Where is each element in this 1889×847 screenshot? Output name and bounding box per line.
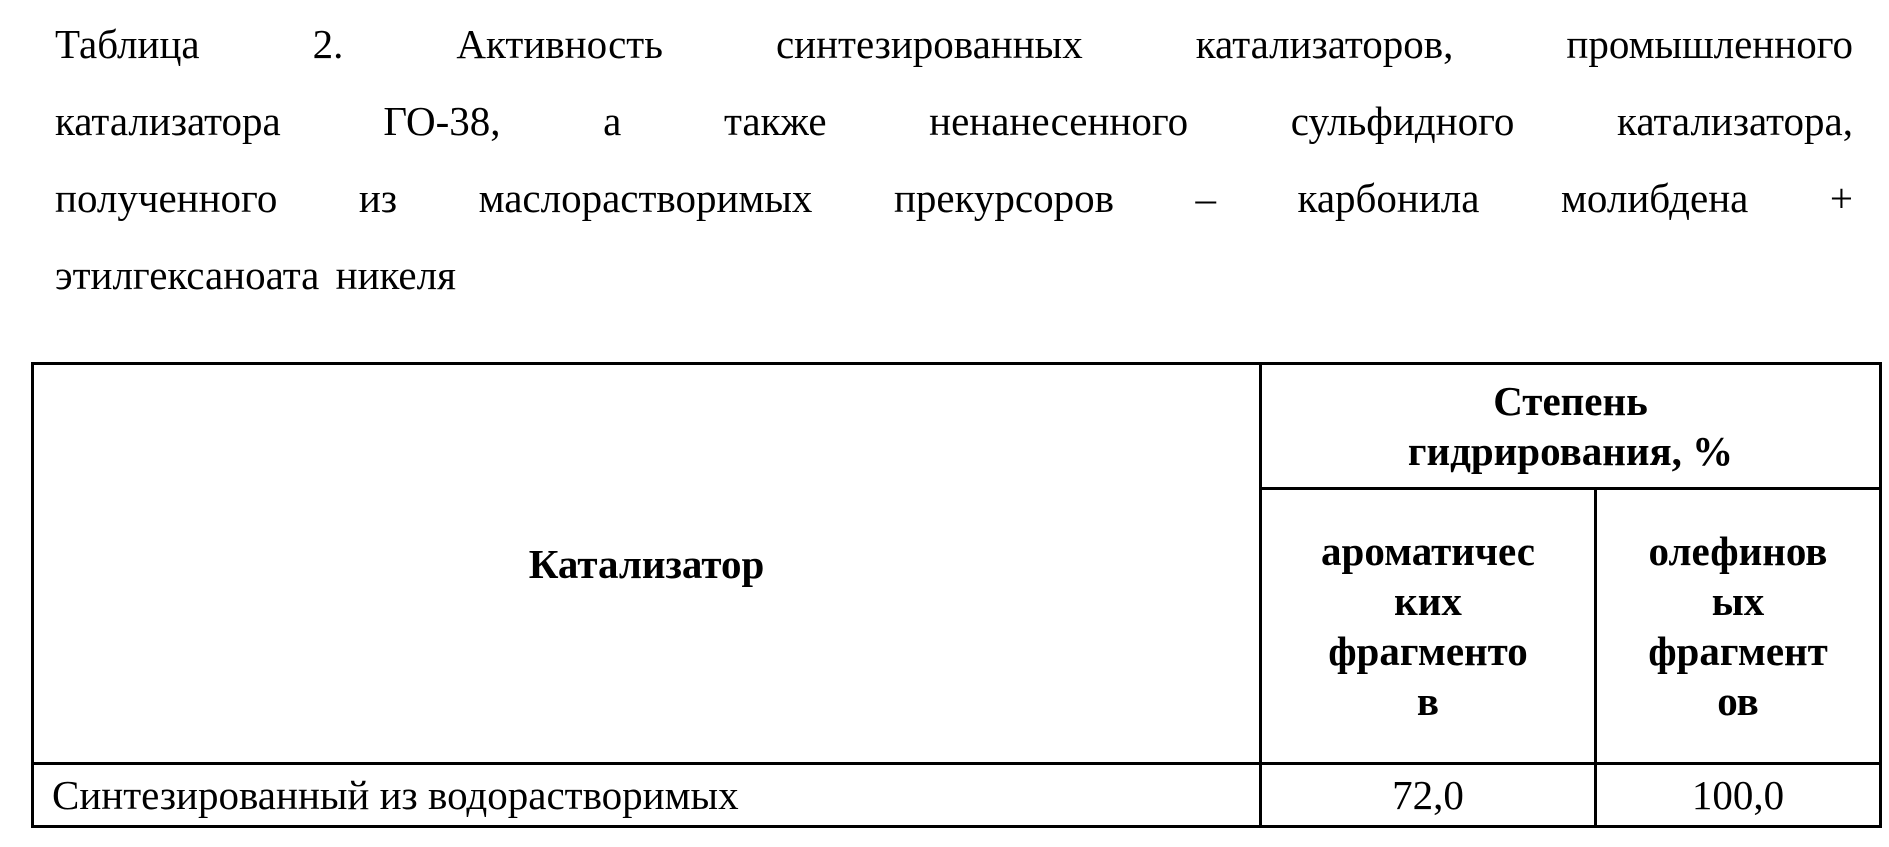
header-group-line: гидрирования, % bbox=[1262, 426, 1879, 476]
header-catalyst: Катализатор bbox=[33, 364, 1261, 764]
cell-olefin: 100,0 bbox=[1596, 764, 1881, 827]
header-olefin-line: фрагмент bbox=[1597, 626, 1879, 676]
table-caption: Таблица 2. Активность синтезированных ка… bbox=[55, 6, 1853, 314]
caption-line: Таблица 2. Активность синтезированных ка… bbox=[55, 6, 1853, 83]
caption-line: катализатора ГО-38, а также ненанесенног… bbox=[55, 83, 1853, 160]
header-olefin-line: ых bbox=[1597, 576, 1879, 626]
header-catalyst-label: Катализатор bbox=[529, 541, 765, 587]
cell-aromatic: 72,0 bbox=[1261, 764, 1596, 827]
header-aromatic-line: ароматичес bbox=[1262, 526, 1594, 576]
header-aromatic-line: фрагменто bbox=[1262, 626, 1594, 676]
header-group-line: Степень bbox=[1262, 376, 1879, 426]
header-olefin-line: ов bbox=[1597, 676, 1879, 726]
header-olefin-line: олефинов bbox=[1597, 526, 1879, 576]
header-olefin-fragments: олефинов ых фрагмент ов bbox=[1596, 489, 1881, 764]
hydrogenation-activity-table: Катализатор Степень гидрирования, % аром… bbox=[31, 362, 1882, 828]
header-hydrogenation-degree: Степень гидрирования, % bbox=[1261, 364, 1881, 489]
header-aromatic-fragments: ароматичес ких фрагменто в bbox=[1261, 489, 1596, 764]
cell-catalyst: Синтезированный из водорастворимых bbox=[33, 764, 1261, 827]
header-aromatic-line: в bbox=[1262, 676, 1594, 726]
caption-line: полученного из маслорастворимых прекурсо… bbox=[55, 160, 1853, 237]
caption-line: этилгексаноата никеля bbox=[55, 237, 1853, 314]
header-aromatic-line: ких bbox=[1262, 576, 1594, 626]
table-row: Синтезированный из водорастворимых 72,0 … bbox=[33, 764, 1881, 827]
